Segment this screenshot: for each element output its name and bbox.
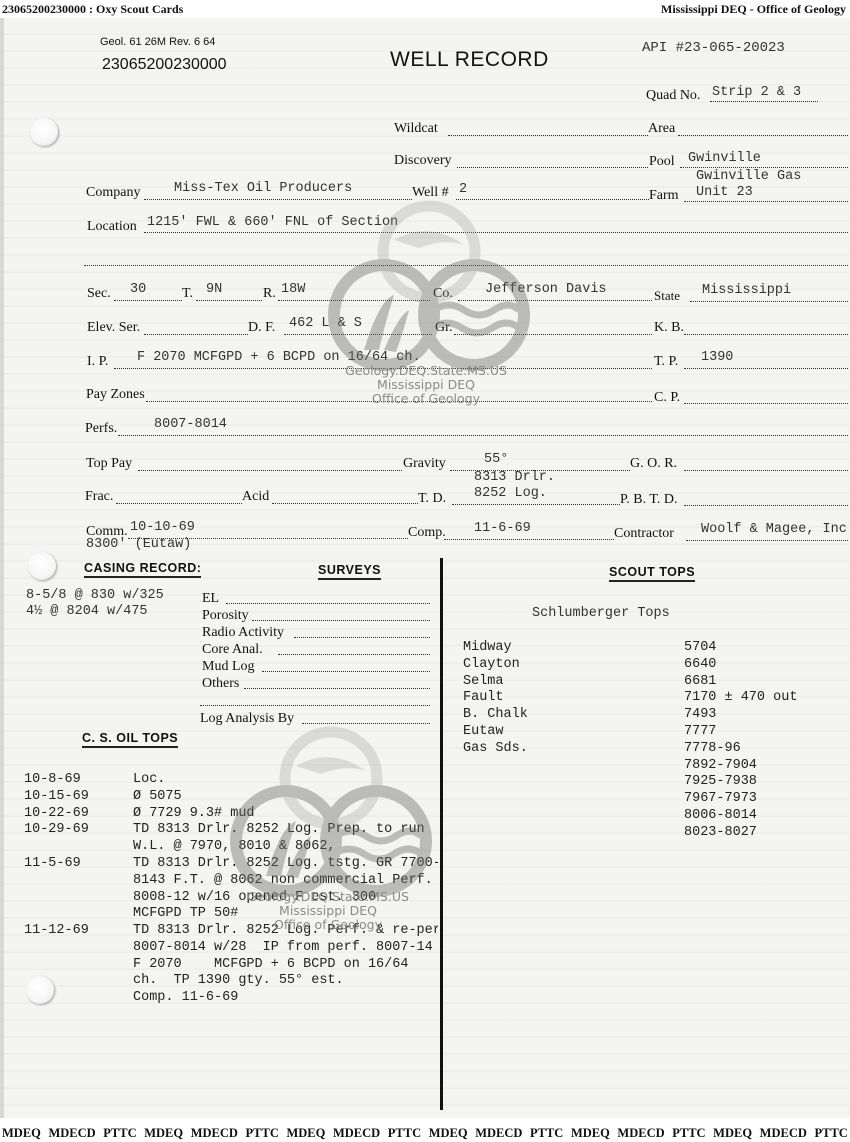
perfs-line (118, 434, 848, 436)
footer-item: PTTC (388, 1124, 421, 1142)
company-line (144, 198, 412, 200)
formation-name: Eutaw (463, 724, 504, 741)
discovery-line (457, 166, 648, 168)
gor-line (684, 469, 848, 471)
elev-ser-line (144, 333, 248, 335)
formation-depth: 7778-96 (684, 741, 741, 758)
footer-item: PTTC (530, 1124, 563, 1142)
farm-label: Farm (649, 188, 679, 204)
footer-item: MDEQ (144, 1124, 183, 1142)
footer-item: MDEQ (429, 1124, 468, 1142)
frac-label: Frac. (85, 489, 113, 505)
area-line (678, 134, 848, 136)
well-no-label: Well # (412, 185, 449, 201)
county-line (458, 299, 652, 301)
gor-label: G. O. R. (630, 456, 677, 472)
contractor-value: Woolf & Magee, Inc (701, 522, 847, 537)
state-line (690, 300, 848, 302)
comp-value: 11-6-69 (474, 521, 531, 536)
df-label: D. F. (248, 320, 275, 336)
footer-item: PTTC (814, 1124, 847, 1142)
survey-porosity-line (252, 619, 430, 621)
footer-item: PTTC (103, 1124, 136, 1142)
pool-line (680, 166, 848, 168)
footer-agency-strip: MDEQ MDECD PTTC MDEQ MDECD PTTC MDEQ MDE… (0, 1124, 850, 1142)
punch-hole-icon (30, 118, 58, 146)
footer-item: MDEQ (286, 1124, 325, 1142)
sec-value: 30 (130, 282, 146, 297)
pbtd-label: P. B. T. D. (620, 492, 677, 508)
contractor-line (686, 539, 848, 541)
company-value: Miss-Tex Oil Producers (174, 181, 352, 196)
punch-hole-icon (28, 552, 56, 580)
pool-label: Pool (649, 154, 675, 170)
footer-item: MDECD (333, 1124, 380, 1142)
log-text: TD 8313 Drlr. 8252 Log. tstg. GR 7700- (133, 856, 438, 873)
formation-name: Fault (463, 690, 504, 707)
document-caption: 23065200230000 : Oxy Scout Cards (2, 0, 183, 18)
rng-label: R. (263, 286, 276, 302)
location-line-2 (84, 264, 848, 266)
frac-line (116, 502, 242, 504)
scout-tops-subheading: Schlumberger Tops (532, 606, 670, 621)
formation-depth: 7925-7938 (684, 774, 757, 791)
discovery-label: Discovery (394, 153, 452, 169)
state-label: State (654, 288, 680, 304)
df-line (284, 333, 432, 335)
wildcat-label: Wildcat (394, 121, 438, 137)
well-id: 23065200230000 (102, 56, 227, 74)
log-text: 8143 F.T. @ 8062 non commercial Perf. (133, 873, 438, 890)
quad-no-line (710, 100, 818, 102)
survey-el-line (226, 602, 430, 604)
df-value: 462 L & S (289, 316, 362, 331)
surveys-heading: SURVEYS (318, 563, 381, 580)
comp-line (444, 538, 614, 540)
survey-radio-activity-line (294, 636, 430, 638)
well-record-card: Geol. 61 26M Rev. 6 64 23065200230000 WE… (0, 18, 850, 1118)
cp-line (684, 402, 848, 404)
formation-depth: 6640 (684, 657, 716, 674)
footer-item: MDEQ (2, 1124, 41, 1142)
quad-no-label: Quad No. (646, 88, 700, 104)
footer-item: MDECD (760, 1124, 807, 1142)
footer-item: MDECD (475, 1124, 522, 1142)
watermark-line: Mississippi DEQ (326, 378, 526, 392)
location-label: Location (87, 219, 137, 235)
footer-item: MDECD (48, 1124, 95, 1142)
county-value: Jefferson Davis (485, 282, 607, 297)
casing-record-heading: CASING RECORD: (84, 561, 201, 578)
formation-depth: 6681 (684, 674, 716, 691)
ip-label: I. P. (87, 354, 108, 370)
top-pay-label: Top Pay (86, 456, 132, 472)
watermark-text: Geology.DEQ.State.MS.US Mississippi DEQ … (326, 364, 526, 406)
location-line (144, 231, 848, 233)
rng-line (278, 299, 430, 301)
formation-name: B. Chalk (463, 707, 528, 724)
watermark-line: Office of Geology (228, 918, 428, 932)
survey-radio-activity: Radio Activity (202, 625, 284, 641)
gr-label: Gr. (435, 320, 453, 336)
footer-item: MDEQ (571, 1124, 610, 1142)
farm-value: Unit 23 (696, 185, 753, 200)
footer-item: MDECD (191, 1124, 238, 1142)
formation-depth: 7777 (684, 724, 716, 741)
twp-label: T. (182, 286, 193, 302)
formation-depth: 7170 ± 470 out (684, 690, 797, 707)
gr-line (454, 333, 652, 335)
farm-line (684, 200, 848, 202)
casing-line: 4½ @ 8204 w/475 (26, 604, 148, 619)
pbtd-line (684, 504, 848, 506)
watermark-line: Geology.DEQ.State.MS.US (228, 890, 428, 904)
rng-value: 18W (281, 282, 305, 297)
well-no-value: 2 (459, 182, 467, 197)
kb-line (684, 333, 848, 335)
formation-depth: 7493 (684, 707, 716, 724)
perfs-value: 8007-8014 (154, 417, 227, 432)
county-label: Co. (433, 286, 453, 302)
td-value-log: 8252 Log. (474, 486, 547, 501)
td-value-drlr: 8313 Drlr. (474, 470, 555, 485)
page-title: WELL RECORD (390, 48, 549, 72)
scout-tops-table: Midway5704 Clayton6640 Selma6681 Fault71… (4, 640, 850, 850)
pool-value: Gwinville (688, 151, 761, 166)
agency-caption: Mississippi DEQ - Office of Geology (661, 0, 846, 18)
form-code: Geol. 61 26M Rev. 6 64 (100, 36, 215, 48)
formation-depth: 8006-8014 (684, 808, 757, 825)
sec-line (114, 299, 182, 301)
twp-line (196, 299, 262, 301)
acid-label: Acid (242, 489, 269, 505)
survey-el: EL (202, 591, 219, 607)
quad-no-value: Strip 2 & 3 (712, 85, 801, 100)
contractor-label: Contractor (614, 526, 674, 542)
pool-value-2: Gwinville Gas (696, 169, 801, 184)
location-value: 1215' FWL & 660' FNL of Section (147, 215, 398, 230)
log-text: ch. TP 1390 gty. 55° est. (133, 973, 438, 990)
tp-line (684, 367, 848, 369)
footer-item: MDECD (617, 1124, 664, 1142)
comm-value: 10-10-69 (130, 520, 195, 535)
formation-name: Gas Sds. (463, 741, 528, 758)
formation-name: Selma (463, 674, 504, 691)
watermark-line: Mississippi DEQ (228, 904, 428, 918)
wildcat-line (448, 134, 648, 136)
footer-item: PTTC (672, 1124, 705, 1142)
td-label: T. D. (418, 491, 446, 507)
log-text: 8007-8014 w/28 IP from perf. 8007-14 (133, 940, 438, 957)
company-label: Company (86, 185, 140, 201)
formation-depth: 8023-8027 (684, 825, 757, 842)
formation-depth: 7967-7973 (684, 791, 757, 808)
log-text: Comp. 11-6-69 (133, 990, 438, 1007)
top-caption-bar: 23065200230000 : Oxy Scout Cards Mississ… (0, 0, 850, 18)
sec-label: Sec. (87, 286, 111, 302)
formation-depth: 5704 (684, 640, 716, 657)
well-no-line (456, 198, 649, 200)
watermark-line: Office of Geology (326, 392, 526, 406)
perfs-label: Perfs. (85, 421, 117, 437)
api-number: API #23-065-20023 (642, 40, 785, 56)
scout-tops-heading: SCOUT TOPS (609, 565, 695, 582)
formation-name: Clayton (463, 657, 520, 674)
footer-item: MDEQ (713, 1124, 752, 1142)
watermark-text: Geology.DEQ.State.MS.US Mississippi DEQ … (228, 890, 428, 932)
cp-label: C. P. (654, 390, 680, 406)
twp-value: 9N (206, 282, 222, 297)
gravity-value: 55° (484, 452, 508, 467)
watermark-line: Geology.DEQ.State.MS.US (326, 364, 526, 378)
kb-label: K. B. (654, 320, 684, 336)
state-value: Mississippi (702, 283, 791, 298)
log-date: 11-5-69 (24, 856, 124, 873)
casing-line: 8-5/8 @ 830 w/325 (26, 588, 164, 603)
pay-zones-label: Pay Zones (86, 387, 145, 403)
formation-depth: 7892-7904 (684, 758, 757, 775)
comm-note: 8300' (Eutaw) (86, 537, 191, 552)
top-pay-line (138, 469, 402, 471)
acid-line (272, 502, 418, 504)
footer-item: PTTC (246, 1124, 279, 1142)
log-text: F 2070 MCFGPD + 6 BCPD on 16/64 (133, 957, 438, 974)
gravity-label: Gravity (403, 456, 446, 472)
area-label: Area (648, 121, 675, 137)
log-date: 11-12-69 (24, 923, 124, 940)
tp-value: 1390 (701, 350, 733, 365)
comp-label: Comp. (408, 525, 446, 541)
survey-porosity: Porosity (202, 608, 249, 624)
tp-label: T. P. (654, 354, 678, 370)
td-line (452, 503, 620, 505)
elev-ser-label: Elev. Ser. (87, 320, 140, 336)
formation-name: Midway (463, 640, 512, 657)
